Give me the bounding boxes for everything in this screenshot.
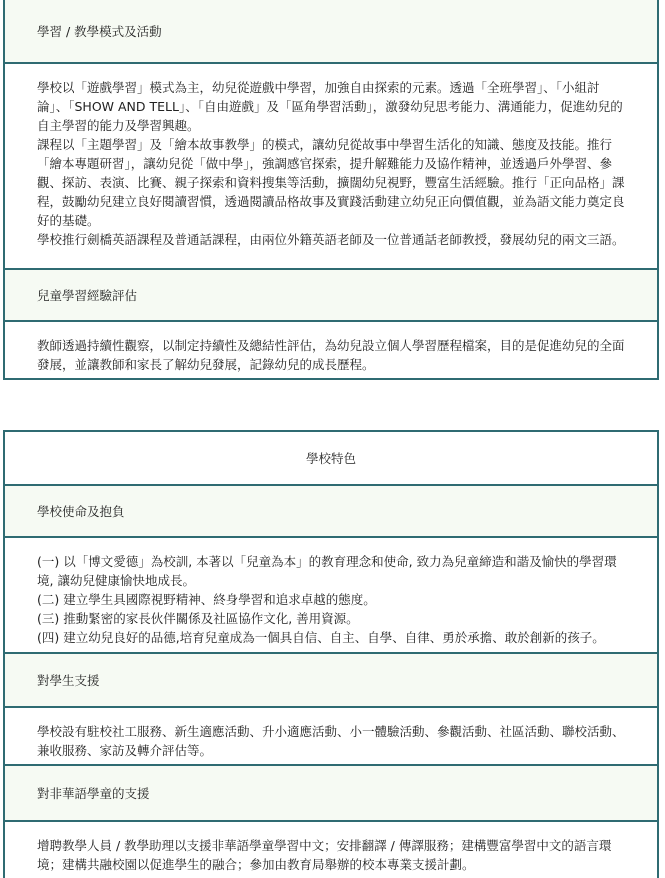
- mission-item: (四) 建立幼兒良好的品德,培育兒童成為一個具自信、自主、自學、自律、勇於承擔、…: [37, 628, 625, 647]
- teaching-mode-paragraph: 學校推行劍橋英語課程及普通話課程，由兩位外籍英語老師及一位普通話老師教授，發展幼…: [37, 230, 625, 249]
- teaching-mode-header: 學習 / 教學模式及活動: [5, 0, 657, 64]
- student-support-content: 學校設有駐校社工服務、新生適應活動、升小適應活動、小一體驗活動、參觀活動、社區活…: [5, 708, 657, 766]
- mission-content: (一) 以「博文愛德」為校訓, 本著以「兒童為本」的教育理念和使命, 致力為兒童…: [5, 538, 657, 654]
- ncs-support-heading: 對非華語學童的支援: [37, 784, 150, 802]
- mission-item: (二) 建立學生具國際視野精神、終身學習和追求卓越的態度。: [37, 590, 625, 609]
- teaching-mode-heading: 學習 / 教學模式及活動: [37, 22, 162, 40]
- student-support-text: 學校設有駐校社工服務、新生適應活動、升小適應活動、小一體驗活動、參觀活動、社區活…: [37, 722, 625, 760]
- mission-header: 學校使命及抱負: [5, 486, 657, 538]
- assessment-header: 兒童學習經驗評估: [5, 270, 657, 322]
- teaching-mode-paragraph: 課程以「主題學習」及「繪本故事教學」的模式，讓幼兒從故事中學習生活化的知識、態度…: [37, 135, 625, 230]
- mission-item: (一) 以「博文愛德」為校訓, 本著以「兒童為本」的教育理念和使命, 致力為兒童…: [37, 552, 625, 590]
- mission-heading: 學校使命及抱負: [37, 502, 125, 520]
- student-support-header: 對學生支援: [5, 654, 657, 708]
- school-features-title-row: 學校特色: [5, 432, 657, 486]
- assessment-text: 教師透過持續性觀察，以制定持續性及總結性評估，為幼兒設立個人學習歷程檔案，目的是…: [37, 336, 625, 374]
- school-features-title: 學校特色: [306, 449, 356, 467]
- ncs-support-text: 增聘教學人員 / 教學助理以支援非華語學童學習中文；安排翻譯 / 傳譯服務；建構…: [37, 836, 625, 874]
- learning-info-table: 學習 / 教學模式及活動 學校以「遊戲學習」模式為主，幼兒從遊戲中學習，加強自由…: [3, 0, 659, 380]
- ncs-support-content: 增聘教學人員 / 教學助理以支援非華語學童學習中文；安排翻譯 / 傳譯服務；建構…: [5, 822, 657, 878]
- mission-item: (三) 推動緊密的家長伙伴關係及社區協作文化, 善用資源。: [37, 609, 625, 628]
- assessment-heading: 兒童學習經驗評估: [37, 286, 137, 304]
- ncs-support-header: 對非華語學童的支援: [5, 766, 657, 822]
- assessment-content: 教師透過持續性觀察，以制定持續性及總結性評估，為幼兒設立個人學習歷程檔案，目的是…: [5, 322, 657, 378]
- school-features-table: 學校特色 學校使命及抱負 (一) 以「博文愛德」為校訓, 本著以「兒童為本」的教…: [3, 430, 659, 878]
- teaching-mode-content: 學校以「遊戲學習」模式為主，幼兒從遊戲中學習，加強自由探索的元素。透過「全班學習…: [5, 64, 657, 270]
- student-support-heading: 對學生支援: [37, 671, 100, 689]
- teaching-mode-paragraph: 學校以「遊戲學習」模式為主，幼兒從遊戲中學習，加強自由探索的元素。透過「全班學習…: [37, 78, 625, 135]
